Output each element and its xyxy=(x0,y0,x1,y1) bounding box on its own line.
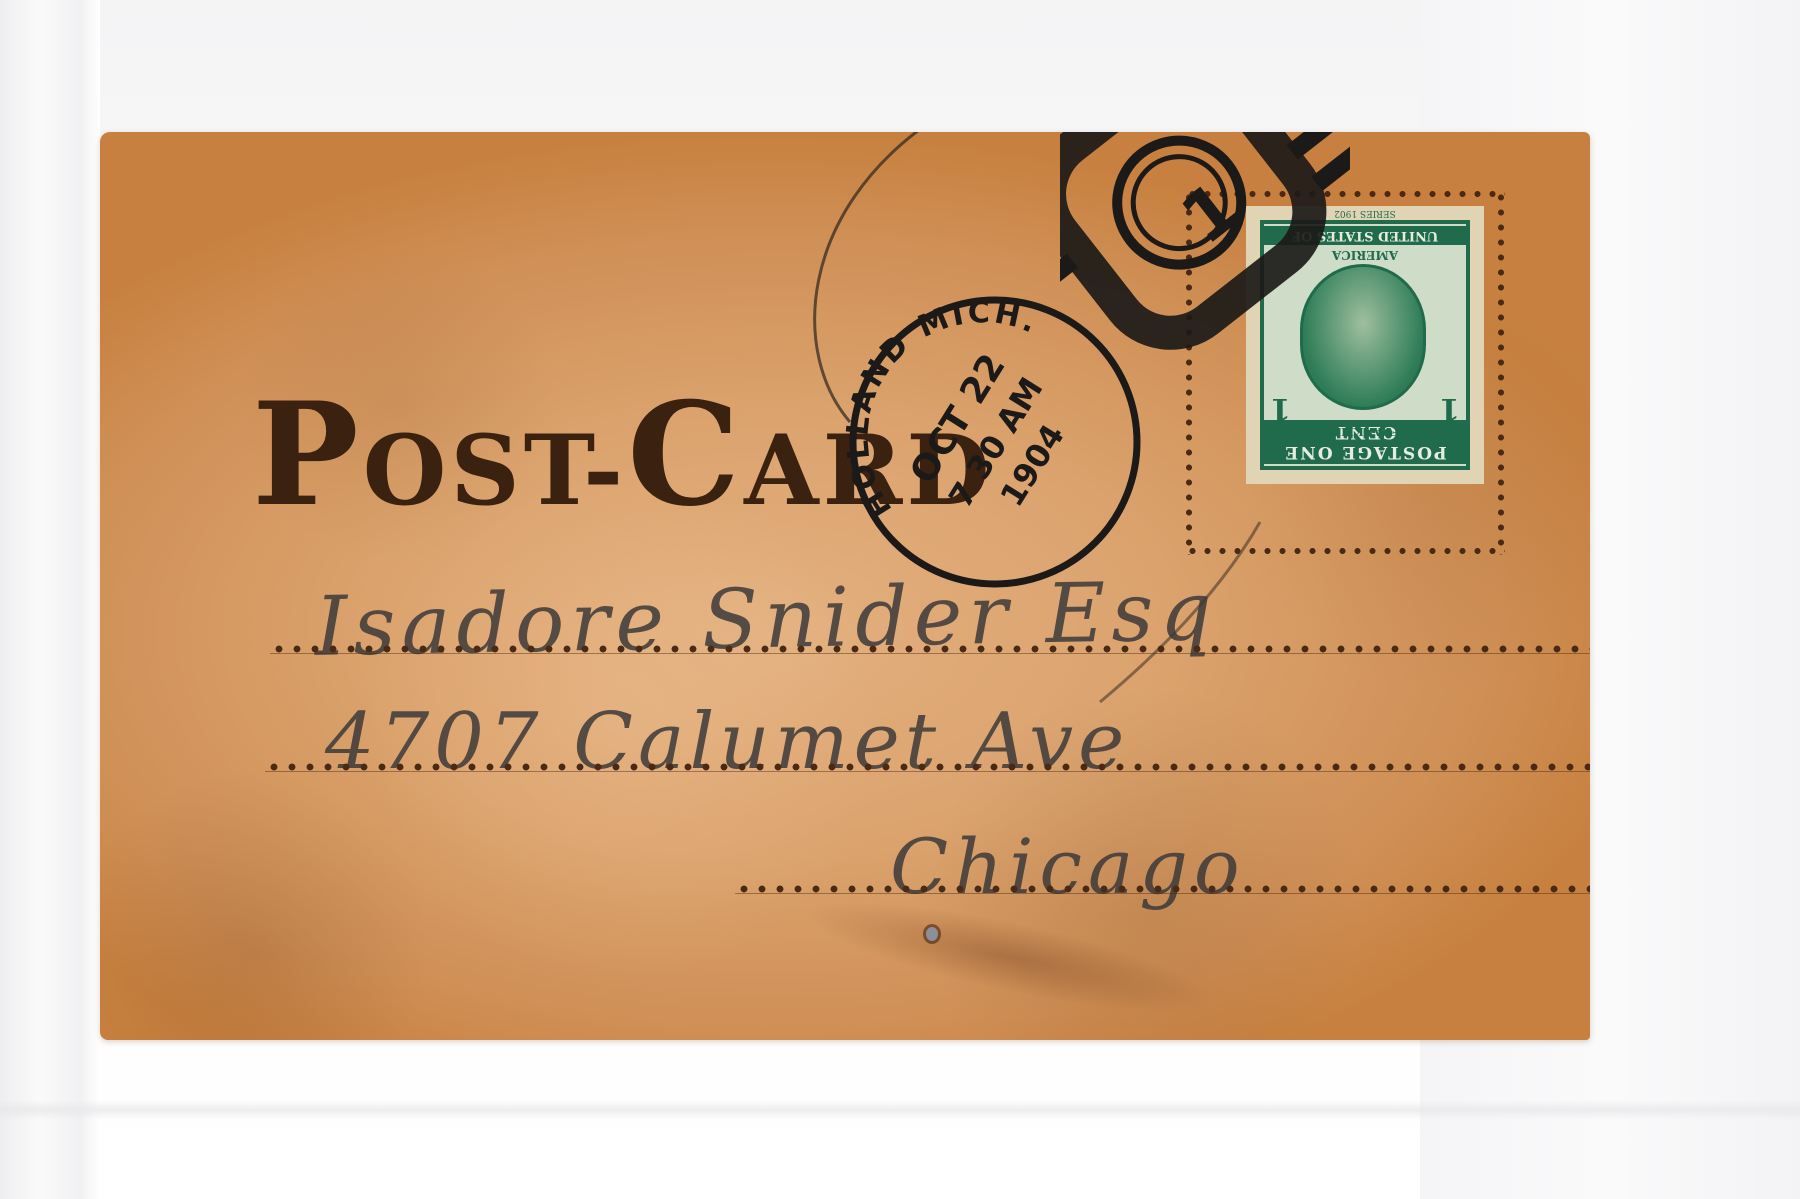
circular-date-postmark: HOLLAND MICH. OCT 22 7 30 AM 1904 xyxy=(845,292,1145,592)
address-line-2 xyxy=(265,762,1590,772)
address-city: Chicago xyxy=(890,822,1246,911)
address-line-3 xyxy=(735,884,1590,894)
address-name: Isadore Snider Esq xyxy=(314,564,1218,675)
heading-letter-p: P xyxy=(252,372,363,538)
pinhole xyxy=(926,927,938,941)
stamp-portrait-caption: 1706 FRANKLIN 1790 xyxy=(1264,425,1466,438)
stamp-denomination-left: 1 xyxy=(1439,391,1460,426)
leather-postcard: POST-CARD POSTAGE ONE CENT 1706 FRANKLIN… xyxy=(100,132,1590,1040)
postmark-state: MICH. xyxy=(913,295,1044,345)
heading-letter-c: C xyxy=(627,372,744,538)
protective-sleeve-bottom-edge xyxy=(0,1100,1800,1120)
address-line-1 xyxy=(270,644,1590,654)
heading-text-ost: OST- xyxy=(363,414,627,527)
stamp-denomination-right: 1 xyxy=(1270,391,1291,426)
address-street: 4707 Calumet Ave xyxy=(325,697,1129,787)
protective-sleeve-left-edge xyxy=(0,0,100,1199)
